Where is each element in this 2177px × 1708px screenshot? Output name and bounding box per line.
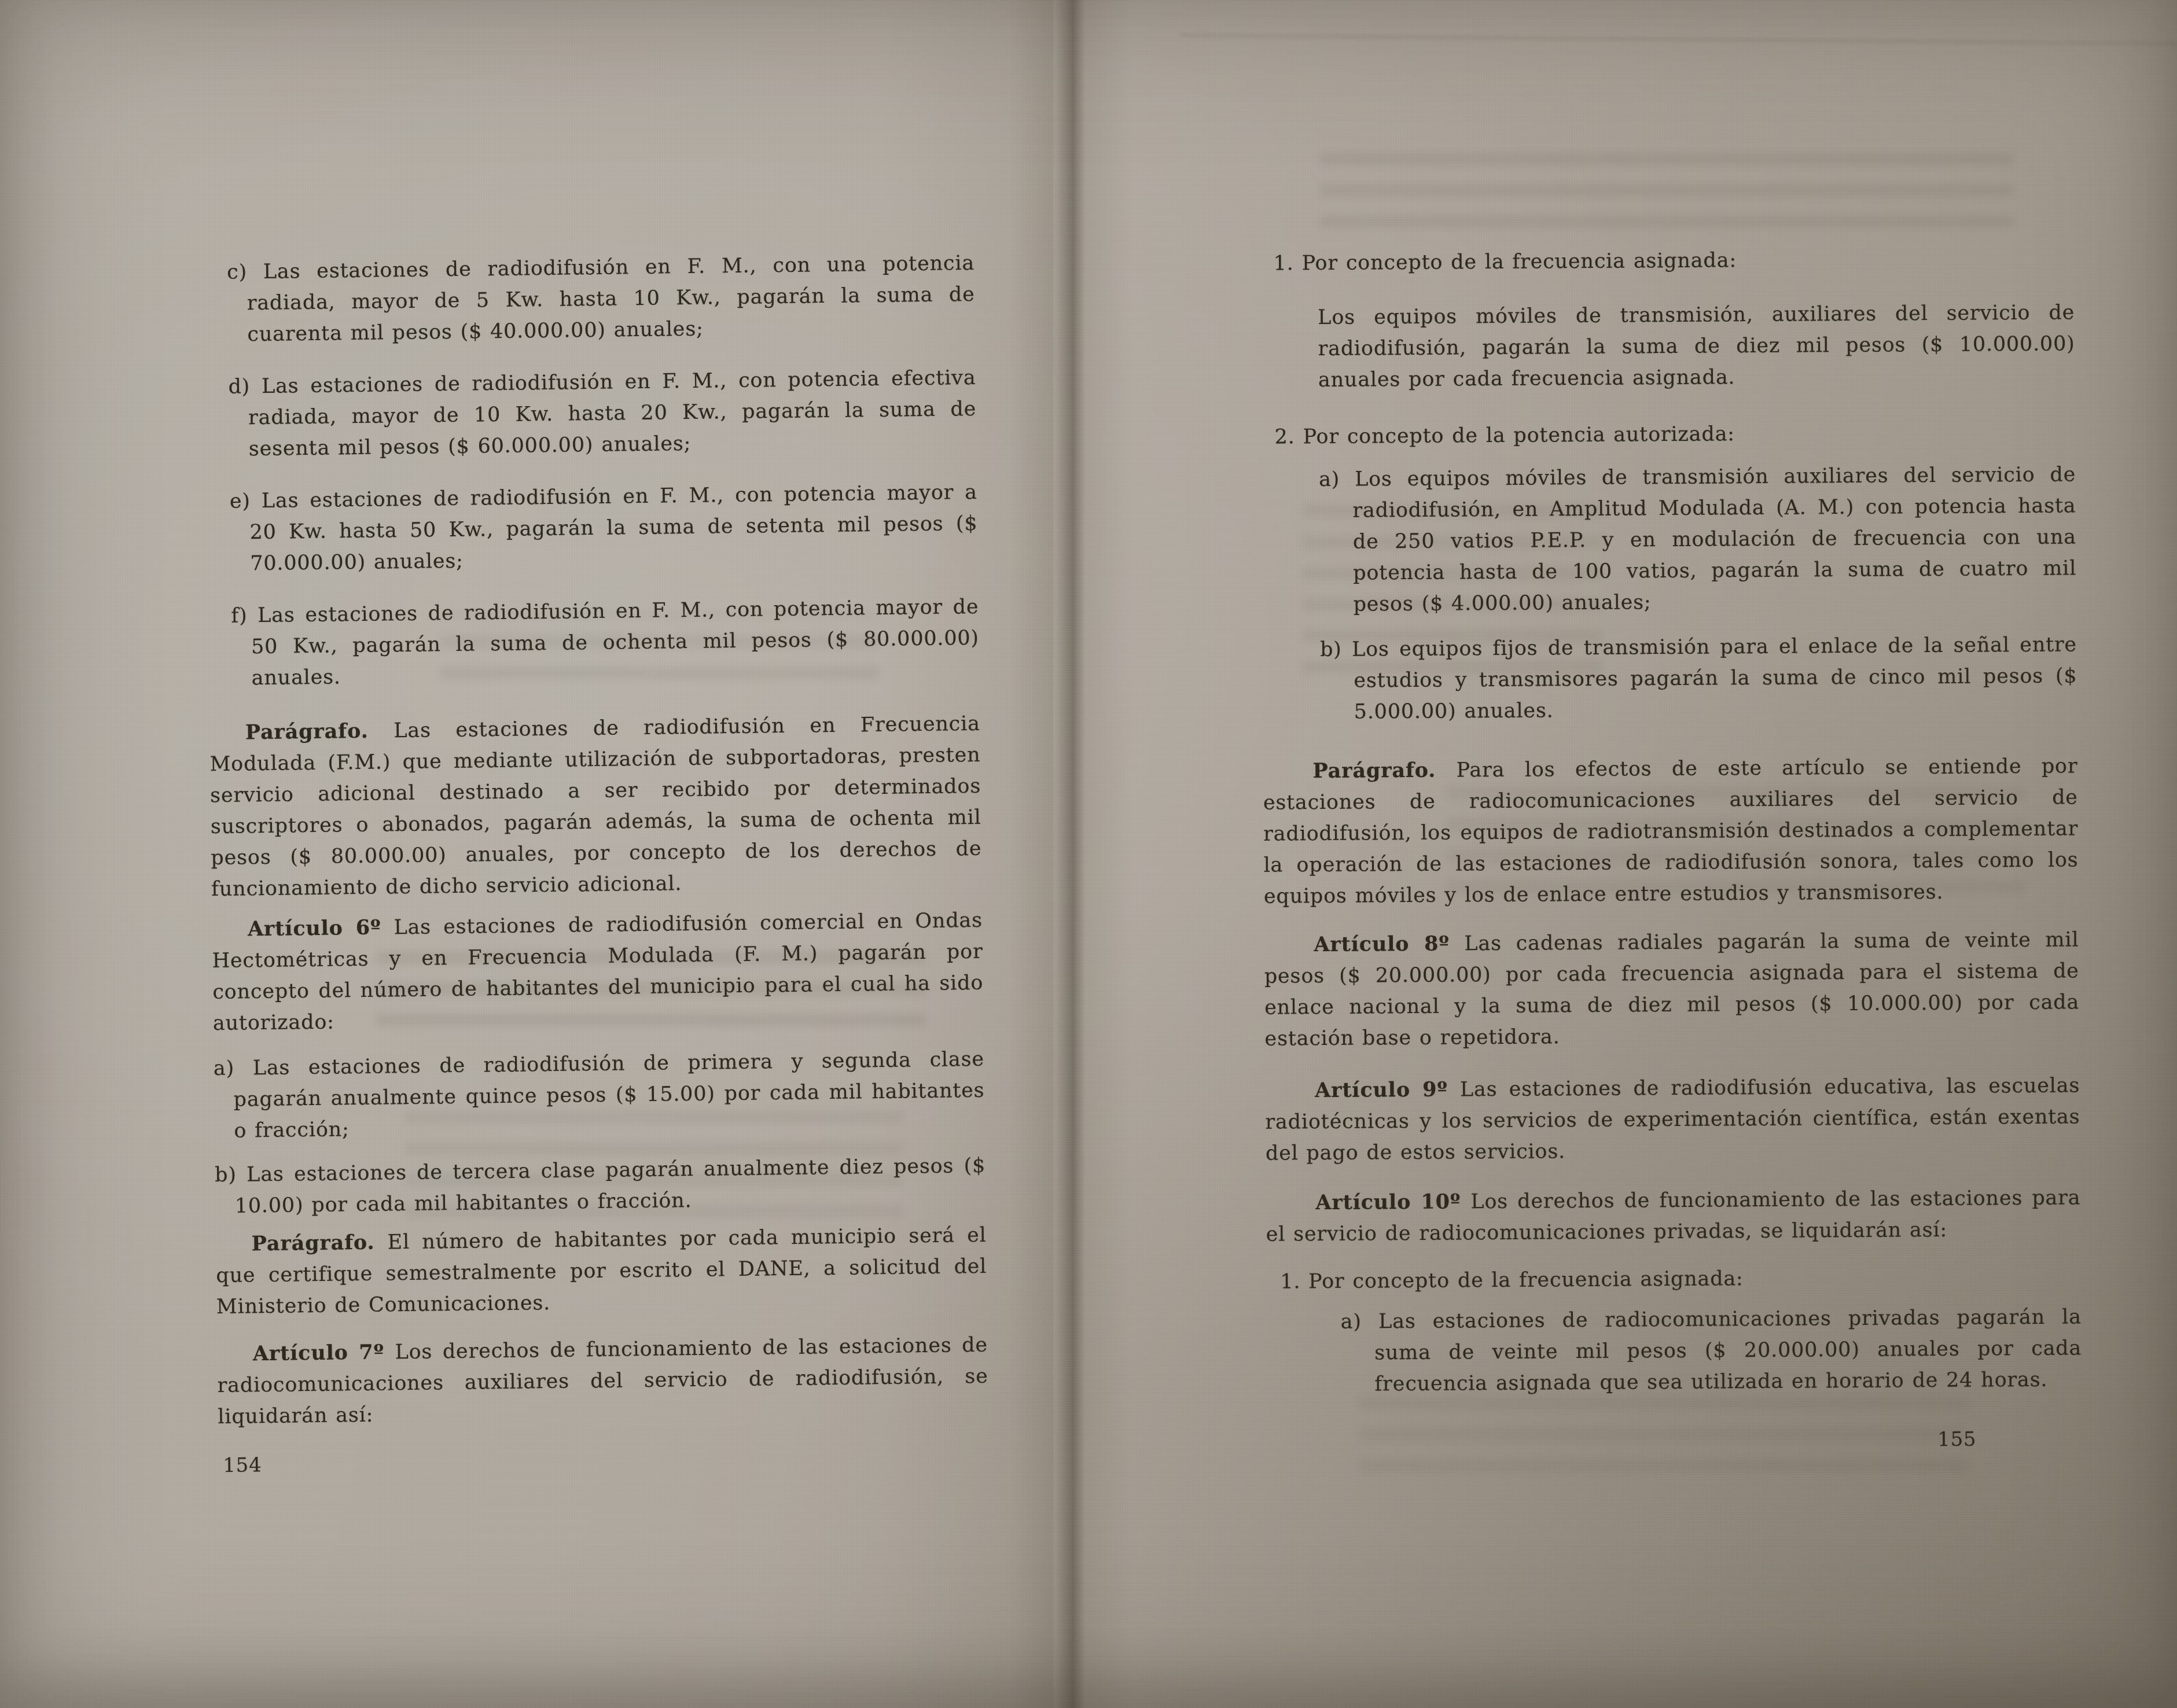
item-text: Las estaciones de radiodifusión en F. M.… bbox=[248, 366, 976, 461]
list-item-f: f) Las estaciones de radiodifusión en F.… bbox=[231, 591, 980, 694]
item-text: Las estaciones de radiodifusión en F. M.… bbox=[251, 595, 979, 690]
item-text: Por concepto de la frecuencia asignada: bbox=[1308, 1267, 1744, 1293]
item-text: Los equipos móviles de transmisión auxil… bbox=[1352, 463, 2076, 616]
item-marker: 1. bbox=[1280, 1270, 1308, 1293]
item-text: Las estaciones de tercera clase pagarán … bbox=[235, 1154, 986, 1218]
item-marker: a) bbox=[214, 1057, 253, 1080]
paragraph-lead: Parágrafo. bbox=[251, 1230, 388, 1256]
numbered-item-2: 2. Por concepto de la potencia autorizad… bbox=[1274, 416, 2075, 452]
sub-paragraph: Los equipos móviles de transmisión, auxi… bbox=[1318, 297, 2075, 396]
item-marker: 2. bbox=[1275, 425, 1303, 448]
item-text: Las estaciones de radiocomunicaciones pr… bbox=[1374, 1305, 2082, 1396]
left-page: c) Las estaciones de radiodifusión en F.… bbox=[200, 0, 989, 1481]
list-item-e: e) Las estaciones de radiodifusión en F.… bbox=[230, 477, 979, 580]
paragraph-articulo-10: Artículo 10º Los derechos de funcionamie… bbox=[1266, 1182, 2081, 1250]
paragraph-articulo-6: Artículo 6º Las estaciones de radiodifus… bbox=[212, 905, 984, 1039]
list-item-a: a) Las estaciones de radiodifusión de pr… bbox=[214, 1044, 985, 1147]
item-marker: b) bbox=[215, 1163, 247, 1187]
paragraph-lead: Artículo 10º bbox=[1315, 1190, 1470, 1214]
list-item-b: b) Las estaciones de tercera clase pagar… bbox=[215, 1150, 986, 1222]
paragraph-articulo-9: Artículo 9º Las estaciones de radiodifus… bbox=[1265, 1070, 2080, 1169]
item-marker: c) bbox=[227, 260, 263, 284]
paragraph-lead: Parágrafo. bbox=[1312, 758, 1457, 783]
paragraph-articulo-7: Artículo 7º Los derechos de funcionamien… bbox=[217, 1330, 989, 1433]
paragraph-articulo-8: Artículo 8º Las cadenas radiales pagarán… bbox=[1264, 924, 2079, 1054]
list-item-c: c) Las estaciones de radiodifusión en F.… bbox=[227, 248, 976, 351]
paragraph-lead: Artículo 6º bbox=[248, 915, 394, 941]
paragraph-paragrafo-1: Parágrafo. Las estaciones de radiodifusi… bbox=[209, 708, 983, 905]
right-page: 1. Por concepto de la frecuencia asignad… bbox=[1258, 0, 2083, 1460]
paragraph-paragrafo-2: Parágrafo. El número de habitantes por c… bbox=[215, 1220, 987, 1323]
paragraph-lead: Artículo 9º bbox=[1315, 1077, 1460, 1102]
paragraph-paragrafo: Parágrafo. Para los efectos de este artí… bbox=[1263, 750, 2079, 912]
numbered-item-1-private: 1. Por concepto de la frecuencia asignad… bbox=[1280, 1261, 2081, 1297]
list-item-2a: a) Los equipos móviles de transmisión au… bbox=[1319, 459, 2077, 620]
page-number-right: 155 bbox=[1937, 1423, 2082, 1455]
paragraph-lead: Artículo 8º bbox=[1314, 932, 1464, 956]
page-number-left: 154 bbox=[218, 1441, 990, 1481]
item-marker: e) bbox=[230, 489, 262, 513]
item-text: Por concepto de la frecuencia asignada: bbox=[1301, 249, 1737, 275]
item-marker: a) bbox=[1341, 1310, 1379, 1333]
item-text: Las estaciones de radiodifusión en F. M.… bbox=[247, 252, 975, 346]
item-text: Los equipos fijos de transmisión para el… bbox=[1352, 633, 2077, 723]
paragraph-lead: Parágrafo. bbox=[245, 719, 394, 744]
item-marker: 1. bbox=[1274, 252, 1302, 275]
item-marker: b) bbox=[1320, 638, 1352, 661]
item-marker: d) bbox=[228, 375, 262, 399]
list-item-2b: b) Los equipos fijos de transmisión para… bbox=[1320, 629, 2077, 728]
item-text: Las estaciones de radiodifusión de prime… bbox=[233, 1048, 984, 1143]
list-item-d: d) Las estaciones de radiodifusión en F.… bbox=[228, 362, 977, 465]
item-marker: f) bbox=[231, 604, 258, 628]
paragraph-lead: Artículo 7º bbox=[253, 1340, 395, 1365]
item-marker: a) bbox=[1319, 468, 1355, 491]
list-item-private-a: a) Las estaciones de radiocomunicaciones… bbox=[1341, 1301, 2082, 1400]
book-photo: { "meta": { "description_colors": { "pap… bbox=[0, 0, 2177, 1708]
numbered-item-1: 1. Por concepto de la frecuencia asignad… bbox=[1273, 242, 2074, 279]
item-text: Las estaciones de radiodifusión en F. M.… bbox=[249, 481, 977, 575]
item-text: Por concepto de la potencia autorizada: bbox=[1303, 422, 1735, 448]
book-gutter-shadow bbox=[1010, 0, 1131, 1708]
